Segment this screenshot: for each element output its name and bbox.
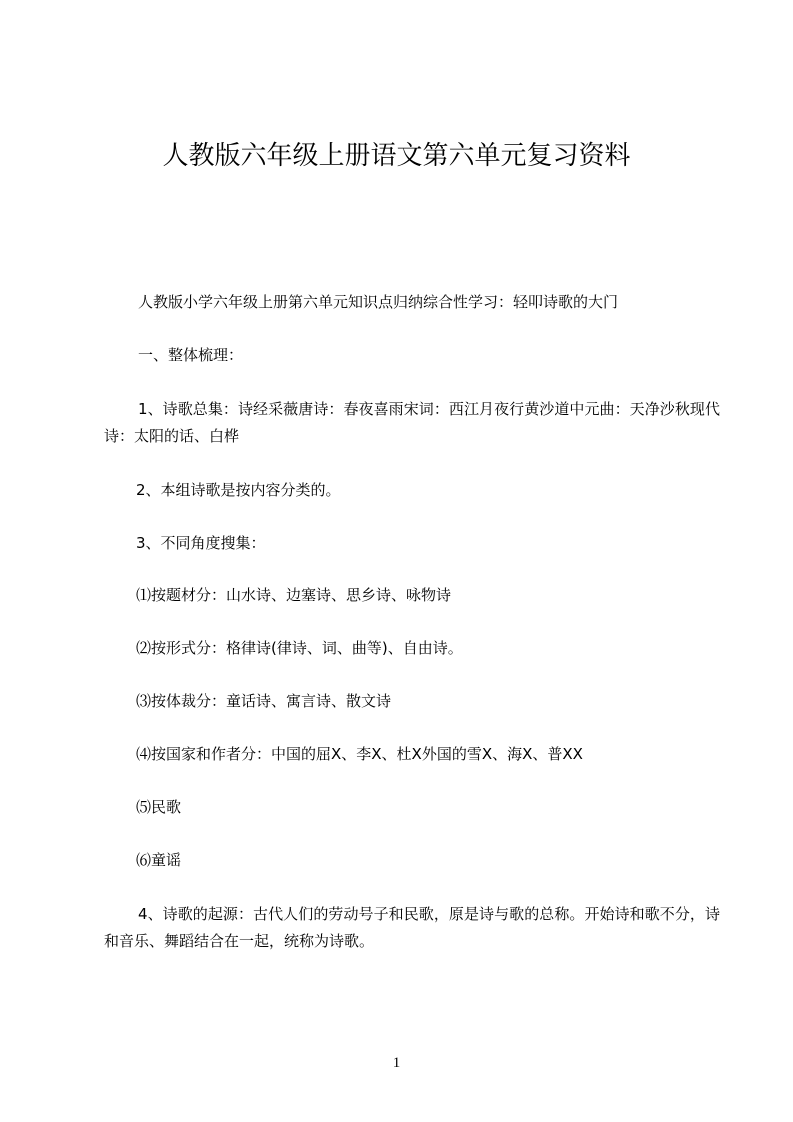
- sub-item-4: ⑷按国家和作者分：中国的屈X、李X、杜X外国的雪X、海X、普XX: [136, 744, 583, 764]
- subtitle: 人教版小学六年级上册第六单元知识点归纳综合性学习：轻叩诗歌的大门: [138, 292, 618, 312]
- document-page: 人教版六年级上册语文第六单元复习资料 人教版小学六年级上册第六单元知识点归纳综合…: [0, 0, 793, 1122]
- sub-item-1: ⑴按题材分：山水诗、边塞诗、思乡诗、咏物诗: [136, 585, 451, 605]
- document-title: 人教版六年级上册语文第六单元复习资料: [0, 139, 793, 173]
- item-2: 2、本组诗歌是按内容分类的。: [136, 480, 341, 500]
- sub-item-3: ⑶按体裁分：童话诗、寓言诗、散文诗: [136, 691, 391, 711]
- sub-item-6: ⑹童谣: [136, 850, 181, 870]
- page-number: 1: [0, 1055, 793, 1072]
- section-heading: 一、整体梳理：: [138, 345, 243, 365]
- item-1-collection: 1、诗歌总集：诗经采薇唐诗：春夜喜雨宋词：西江月夜行黄沙道中元曲：天净沙秋现代诗…: [104, 396, 720, 450]
- item-3: 3、不同角度搜集：: [136, 533, 266, 553]
- sub-item-2: ⑵按形式分：格律诗(律诗、词、曲等)、自由诗。: [136, 638, 463, 658]
- sub-item-5: ⑸民歌: [136, 797, 181, 817]
- item-4-origin: 4、诗歌的起源：古代人们的劳动号子和民歌，原是诗与歌的总称。开始诗和歌不分，诗和…: [104, 901, 720, 955]
